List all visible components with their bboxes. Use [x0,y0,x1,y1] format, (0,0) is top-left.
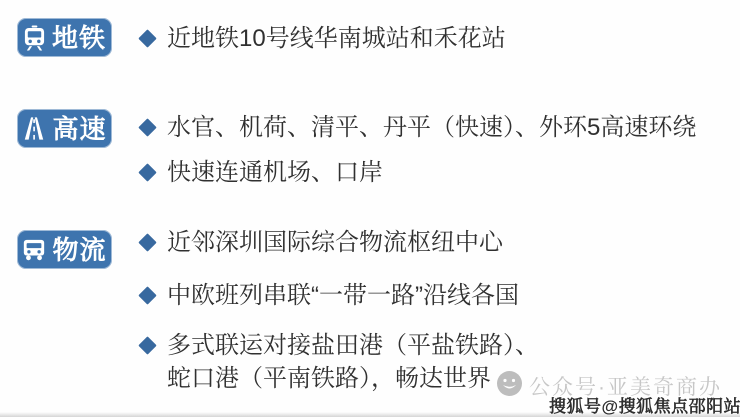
watermark-emoji-icon [496,370,523,402]
diamond-bullet-icon [138,29,156,47]
item-text: 中欧班列串联“一带一路”沿线各国 [167,279,519,312]
badge-label: 地铁 [52,25,106,51]
item-text: 近邻深圳国际综合物流枢纽中心 [167,226,503,259]
logistics-truck-icon [22,238,46,262]
item-text: 水官、机荷、清平、丹平（快速）、外环5高速环绕 [167,111,696,144]
bullet-item: 水官、机荷、清平、丹平（快速）、外环5高速环绕 [141,111,696,144]
diamond-bullet-icon [138,233,156,251]
diamond-bullet-icon [138,336,156,354]
highway-road-icon [22,116,46,141]
badge-label: 物流 [52,237,106,263]
badge-label: 高速 [52,116,106,142]
bullet-item: 快速连通机场、口岸 [141,156,383,189]
badge-logistics: 物流 [17,230,112,269]
diamond-bullet-icon [138,286,156,304]
bottom-edge-shade [0,412,740,417]
bullet-item: 中欧班列串联“一带一路”沿线各国 [141,279,519,312]
infographic-panel: 地铁 高速 物流 [0,0,740,417]
diamond-bullet-icon [138,118,156,136]
item-text: 多式联运对接盐田港（平盐铁路）、 蛇口港（平南铁路），畅达世界 [167,329,539,395]
diamond-bullet-icon [138,163,156,181]
badge-metro: 地铁 [17,18,112,57]
item-text: 近地铁10号线华南城站和禾花站 [167,22,506,55]
bullet-item: 多式联运对接盐田港（平盐铁路）、 蛇口港（平南铁路），畅达世界 [141,329,539,395]
item-text: 快速连通机场、口岸 [167,156,383,189]
bullet-item: 近地铁10号线华南城站和禾花站 [141,22,506,55]
bullet-item: 近邻深圳国际综合物流枢纽中心 [141,226,503,259]
badge-expressway: 高速 [17,109,112,148]
metro-train-icon [23,25,46,51]
